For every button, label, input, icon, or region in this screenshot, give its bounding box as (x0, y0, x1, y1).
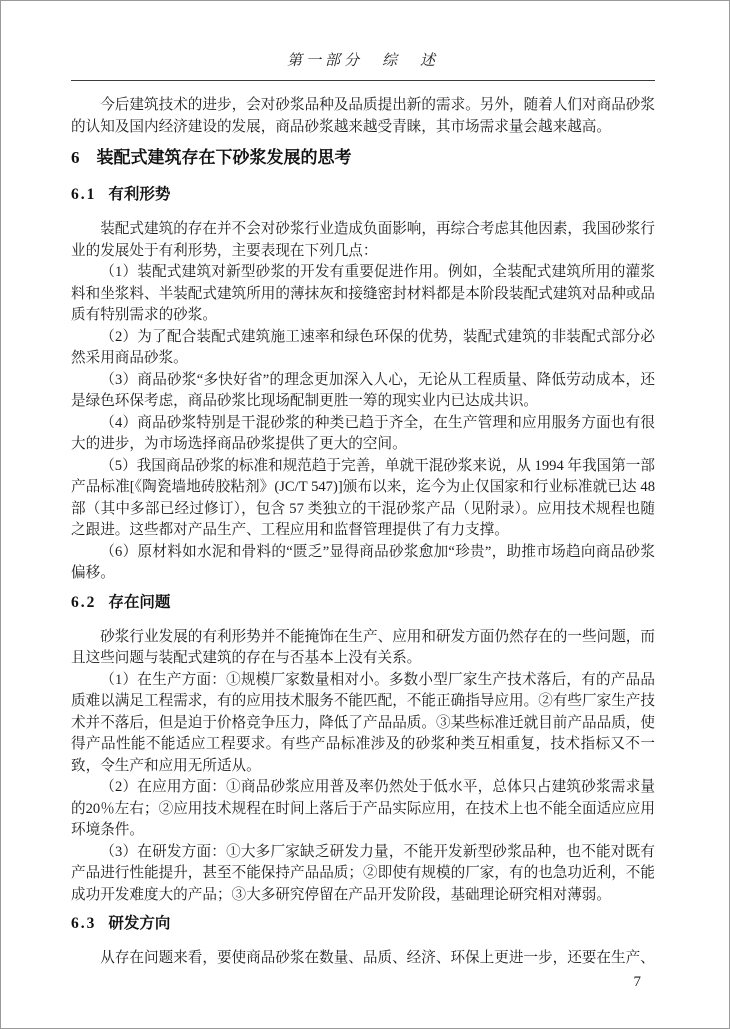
paragraph: （3）在研发方面：①大多厂家缺乏研发力量，不能开发新型砂浆品种，也不能对既有产品… (71, 842, 655, 907)
paragraph: （5）我国商品砂浆的标准和规范趋于完善，单就干混砂浆来说，从 1994 年我国第… (71, 456, 655, 542)
section-6-heading: 6装配式建筑存在下砂浆发展的思考 (71, 146, 655, 170)
section-6-2-number: 6.2 (71, 594, 96, 611)
section-6-1-heading: 6.1有利形势 (71, 184, 655, 205)
document-page: 第一部分 综 述 今后建筑技术的进步，会对砂浆品种及品质提出新的需求。另外，随着… (0, 0, 730, 1029)
paragraph: （1）装配式建筑对新型砂浆的开发有重要促进作用。例如，全装配式建筑所用的灌浆料和… (71, 262, 655, 327)
paragraph: （2）为了配合装配式建筑施工速率和绿色环保的优势，装配式建筑的非装配式部分必然采… (71, 327, 655, 370)
intro-paragraph: 今后建筑技术的进步，会对砂浆品种及品质提出新的需求。另外，随着人们对商品砂浆的认… (71, 95, 655, 138)
paragraph: （2）在应用方面：①商品砂浆应用普及率仍然处于低水平，总体只占建筑砂浆需求量的2… (71, 777, 655, 842)
section-6-3-title: 研发方向 (108, 915, 170, 932)
paragraph: （3）商品砂浆“多快好省”的理念更加深入人心，无论从工程质量、降低劳动成本，还是… (71, 370, 655, 413)
paragraph: 从存在问题来看，要使商品砂浆在数量、品质、经济、环保上更进一步，还要在生产、 (71, 948, 655, 970)
section-6-title: 装配式建筑存在下砂浆发展的思考 (97, 148, 352, 167)
section-6-2-title: 存在问题 (108, 594, 170, 611)
paragraph: 装配式建筑的存在并不会对砂浆行业造成负面影响，再综合考虑其他因素，我国砂浆行业的… (71, 219, 655, 262)
page-number: 7 (634, 973, 642, 991)
paragraph: 砂浆行业发展的有利形势并不能掩饰在生产、应用和研发方面仍然存在的一些问题，而且这… (71, 627, 655, 670)
paragraph: （6）原材料如水泥和骨料的“匮乏”显得商品砂浆愈加“珍贵”，助推市场趋向商品砂浆… (71, 542, 655, 585)
page-content: 第一部分 综 述 今后建筑技术的进步，会对砂浆品种及品质提出新的需求。另外，随着… (71, 1, 655, 970)
page-body: 今后建筑技术的进步，会对砂浆品种及品质提出新的需求。另外，随着人们对商品砂浆的认… (71, 95, 655, 970)
section-6-1-number: 6.1 (71, 186, 96, 203)
section-6-3-heading: 6.3研发方向 (71, 913, 655, 934)
section-6-1-title: 有利形势 (108, 186, 170, 203)
header-rule (71, 80, 655, 81)
page-header: 第一部分 综 述 (71, 51, 655, 81)
paragraph: （1）在生产方面：①规模厂家数量相对小。多数小型厂家生产技术落后，有的产品品质难… (71, 670, 655, 778)
section-6-2-heading: 6.2存在问题 (71, 592, 655, 613)
section-6-3-number: 6.3 (71, 915, 96, 932)
running-header: 第一部分 综 述 (71, 51, 655, 71)
paragraph: （4）商品砂浆特别是干混砂浆的种类已趋于齐全，在生产管理和应用服务方面也有很大的… (71, 413, 655, 456)
section-6-number: 6 (71, 148, 80, 167)
